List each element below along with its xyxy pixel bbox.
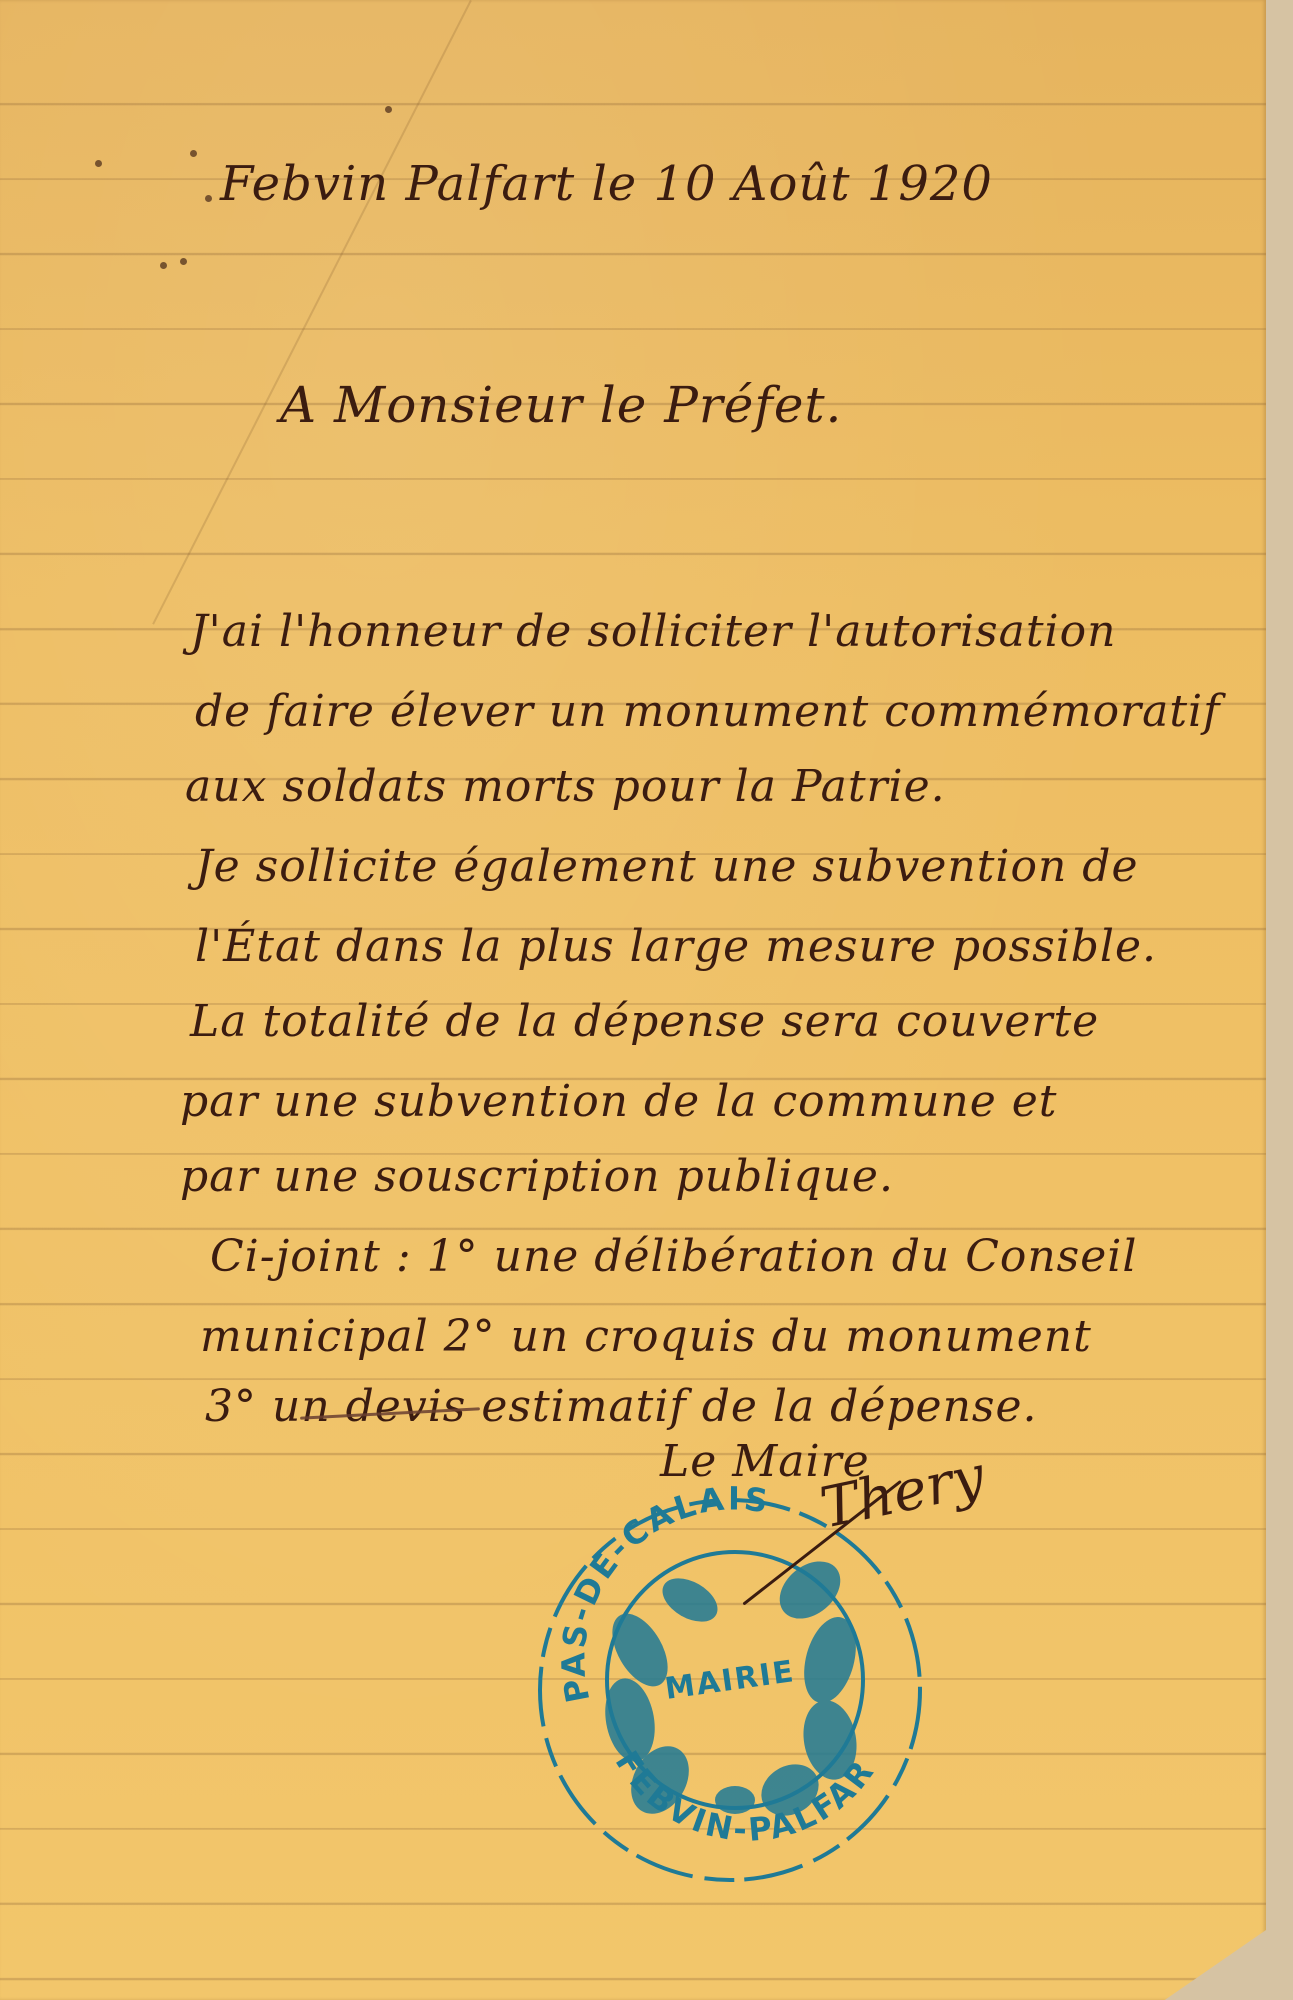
salutation: A Monsieur le Préfet. bbox=[280, 380, 842, 430]
mairie-stamp: PAS-DE-CALAIS FEBVIN-PALFART MAIRIE bbox=[520, 1470, 940, 1890]
pinhole-mark bbox=[190, 150, 197, 157]
place-date-line: Febvin Palfart le 10 Août 1920 bbox=[220, 160, 993, 208]
body-line: aux soldats morts pour la Patrie. bbox=[185, 765, 946, 809]
body-line: municipal 2° un croquis du monument bbox=[200, 1315, 1092, 1359]
body-line: par une subvention de la commune et bbox=[180, 1080, 1058, 1124]
pinhole-mark bbox=[205, 195, 212, 202]
body-line: 3° un devis estimatif de la dépense. bbox=[205, 1385, 1038, 1429]
pinhole-mark bbox=[95, 160, 102, 167]
body-line: de faire élever un monument commémoratif bbox=[195, 690, 1220, 734]
pinhole-mark bbox=[180, 258, 187, 265]
pinhole-mark bbox=[385, 106, 392, 113]
body-line: par une souscription publique. bbox=[180, 1155, 894, 1199]
body-line: Ci-joint : 1° une délibération du Consei… bbox=[210, 1235, 1137, 1279]
body-line: J'ai l'honneur de solliciter l'autorisat… bbox=[190, 610, 1116, 654]
pinhole-mark bbox=[160, 262, 167, 269]
body-line: l'État dans la plus large mesure possibl… bbox=[195, 925, 1157, 969]
body-line: La totalité de la dépense sera couverte bbox=[190, 1000, 1099, 1044]
letter-paper: Febvin Palfart le 10 Août 1920 A Monsieu… bbox=[0, 0, 1266, 2000]
body-line: Je sollicite également une subvention de bbox=[195, 845, 1138, 889]
